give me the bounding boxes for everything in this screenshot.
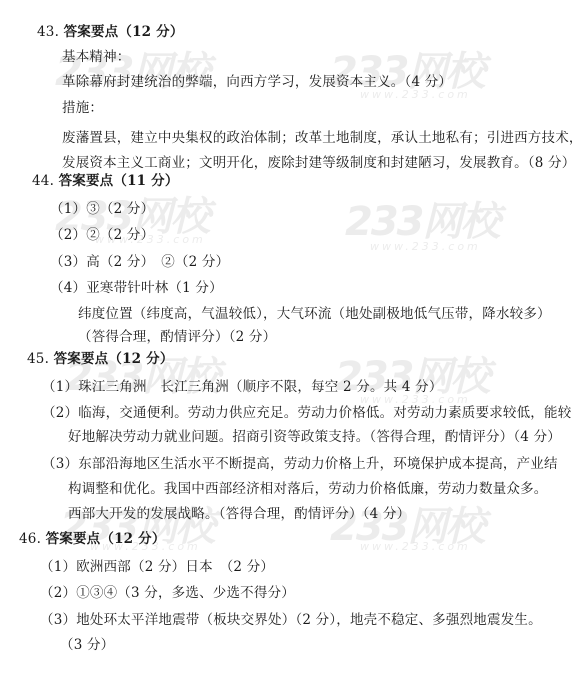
- section-45-line: 构调整和优化。我国中西部经济相对落后，劳动力价格低廉，劳动力数量众多。: [68, 480, 548, 498]
- section-number: 44.: [32, 173, 54, 189]
- section-43-line: 发展资本主义工商业；文明开化，废除封建等级制度和封建陋习，发展教育。（8 分）: [62, 154, 575, 172]
- section-43-header: 43. 答案要点（12 分）: [37, 23, 184, 41]
- section-44-header: 44. 答案要点（11 分）: [32, 172, 179, 190]
- section-44-line: （4）亚寒带针叶林（1 分）: [50, 279, 223, 297]
- section-44-line: （2）②（2 分）: [50, 226, 154, 244]
- section-44-line: （1）③（2 分）: [50, 200, 154, 218]
- watermark-logo: 233网校: [345, 190, 499, 247]
- section-number: 43.: [37, 24, 59, 40]
- answer-key-page: 233网校 233网校 www.233.com 233网校 233网校 www.…: [0, 0, 580, 673]
- section-45-line: （2）临海，交通便利。劳动力供应充足。劳动力价格低。对劳动力素质要求较低，能较: [42, 404, 571, 422]
- watermark-logo: 233网校: [330, 495, 484, 552]
- watermark-url: www.233.com: [360, 540, 471, 553]
- section-45-line: 西部大开发的发展战略。（答得合理，酌情评分）（4 分）: [68, 505, 410, 523]
- section-title: 答案要点（12 分）: [64, 24, 184, 40]
- section-45-line: （1）珠江三角洲 长江三角洲（顺序不限，每空 2 分。共 4 分）: [42, 378, 443, 396]
- section-title: 答案要点（12 分）: [46, 531, 166, 547]
- section-46-line: （3）地处环太平洋地震带（板块交界处）（2 分），地壳不稳定、多强烈地震发生。: [40, 611, 542, 629]
- section-44-line: 纬度位置（纬度高，气温较低），大气环流（地处副极地低气压带，降水较多）: [78, 305, 551, 323]
- section-number: 46.: [19, 531, 41, 547]
- section-43-line: 革除幕府封建统治的弊端，向西方学习，发展资本主义。（4 分）: [62, 73, 452, 91]
- section-number: 45.: [27, 351, 49, 367]
- section-44-line: （答得合理，酌情评分）（2 分）: [78, 328, 276, 346]
- section-46-header: 46. 答案要点（12 分）: [19, 530, 166, 548]
- section-46-line: （1）欧洲西部（2 分）日本 （2 分）: [40, 558, 274, 576]
- watermark-url: www.233.com: [370, 240, 481, 253]
- section-43-line: 废藩置县，建立中央集权的政治体制；改革土地制度，承认土地私有；引进西方技术，: [62, 129, 580, 147]
- section-45-header: 45. 答案要点（12 分）: [27, 350, 174, 368]
- section-43-line: 基本精神：: [62, 48, 131, 66]
- section-title: 答案要点（11 分）: [59, 173, 179, 189]
- section-46-line: （3 分）: [60, 636, 114, 654]
- section-44-line: （3）高（2 分） ②（2 分）: [50, 253, 229, 271]
- section-45-line: 好地解决劳动力就业问题。招商引资等政策支持。（答得合理，酌情评分）（4 分）: [68, 428, 561, 446]
- section-title: 答案要点（12 分）: [54, 351, 174, 367]
- section-43-line: 措施：: [62, 99, 103, 117]
- section-45-line: （3）东部沿海地区生活水平不断提高，劳动力价格上升，环境保护成本提高，产业结: [42, 455, 558, 473]
- section-46-line: （2）①③④（3 分，多选、少选不得分）: [40, 584, 295, 602]
